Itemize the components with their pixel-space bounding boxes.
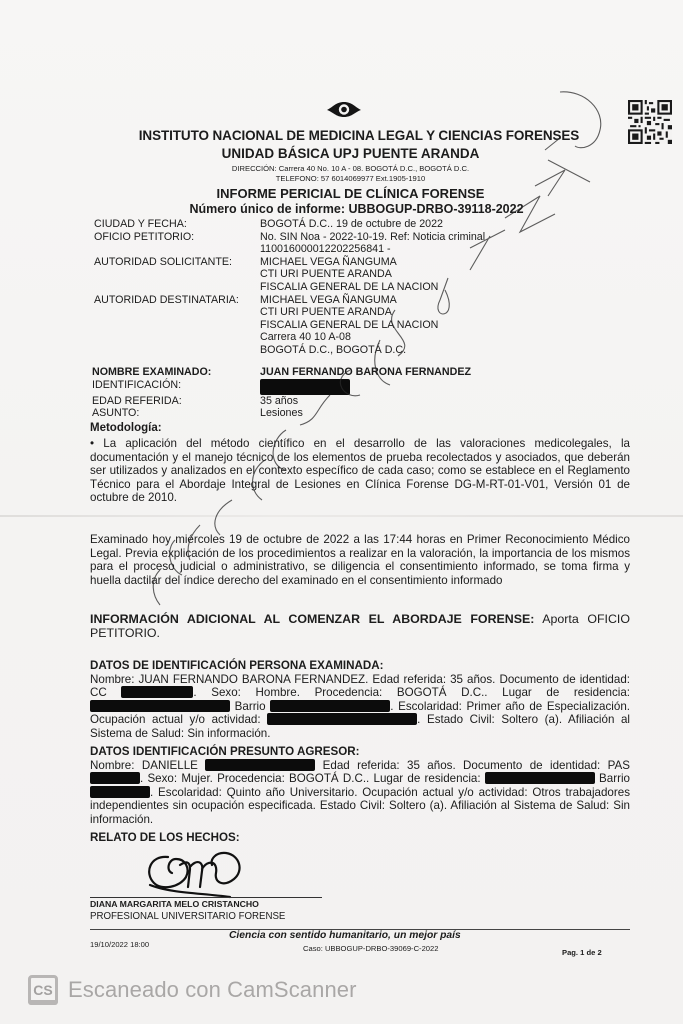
text-run: Nombre: DANIELLE [90, 759, 205, 772]
signature-line [90, 897, 322, 898]
handwritten-signature [140, 843, 260, 899]
value-line: Carrera 40 10 A-08 [260, 331, 560, 344]
additional-info-title: INFORMACIÓN ADICIONAL AL COMENZAR EL ABO… [90, 612, 534, 626]
field-value: JUAN FERNANDO BARONA FERNANDEZ [260, 366, 560, 379]
value-line: No. SIN Noa - 2022-10-19. Ref: Noticia c… [260, 231, 560, 244]
footer-slogan: Ciencia con sentido humanitario, un mejo… [229, 930, 461, 941]
field-value: Lesiones [260, 407, 560, 420]
redaction-mark [485, 772, 595, 784]
field-label: AUTORIDAD DESTINATARIA: [94, 281, 260, 357]
institution-address: DIRECCIÓN: Carrera 40 No. 10 A - 08. BOG… [0, 164, 683, 173]
scanned-document-page: INSTITUTO NACIONAL DE MEDICINA LEGAL Y C… [0, 0, 683, 1024]
text-run: . Sexo: Mujer. Procedencia: BOGOTÁ D.C..… [140, 772, 485, 785]
unit-name: UNIDAD BÁSICA UPJ PUENTE ARANDA [0, 146, 683, 161]
institution-name: INSTITUTO NACIONAL DE MEDICINA LEGAL Y C… [0, 128, 683, 143]
text-run: . Escolaridad: Quinto año Universitario.… [90, 786, 630, 826]
field-ciudad-fecha: CIUDAD Y FECHA: BOGOTÁ D.C.. 19 de octub… [94, 218, 560, 231]
examinee-section-title: DATOS DE IDENTIFICACIÓN PERSONA EXAMINAD… [90, 659, 630, 673]
additional-info: INFORMACIÓN ADICIONAL AL COMENZAR EL ABO… [90, 613, 630, 640]
redaction-mark [267, 713, 417, 725]
field-edad-referida: EDAD REFERIDA: 35 años [92, 395, 560, 408]
examinee-identification-section: DATOS DE IDENTIFICACIÓN PERSONA EXAMINAD… [90, 659, 630, 741]
field-value: MICHAEL VEGA ÑANGUMA CTI URI PUENTE ARAN… [260, 281, 560, 357]
redaction-mark [270, 700, 390, 712]
redaction-mark [205, 759, 315, 771]
redaction-mark [90, 786, 150, 798]
aggressor-section-title: DATOS IDENTIFICACIÓN PRESUNTO AGRESOR: [90, 745, 630, 759]
footer-datetime: 19/10/2022 18:00 [90, 940, 149, 949]
field-label: IDENTIFICACIÓN: [92, 379, 260, 395]
redaction-mark [121, 686, 193, 698]
footer-case-number: Caso: UBBOGUP-DRBO-39069-C-2022 [303, 944, 438, 953]
report-header-fields: CIUDAD Y FECHA: BOGOTÁ D.C.. 19 de octub… [94, 218, 560, 357]
camscanner-text: Escaneado con CamScanner [68, 977, 357, 1003]
redaction-mark [260, 379, 350, 395]
field-value: BOGOTÁ D.C.. 19 de octubre de 2022 [260, 218, 560, 231]
field-label: EDAD REFERIDA: [92, 395, 260, 408]
value-line: CTI URI PUENTE ARANDA [260, 268, 560, 281]
aggressor-identification-section: DATOS IDENTIFICACIÓN PRESUNTO AGRESOR: N… [90, 745, 630, 827]
paper-fold-line [0, 515, 683, 517]
camscanner-logo-icon: CS [28, 975, 58, 1005]
value-line: MICHAEL VEGA ÑANGUMA [260, 256, 560, 269]
value-line: MICHAEL VEGA ÑANGUMA [260, 294, 560, 307]
report-number: Número único de informe: UBBOGUP-DRBO-39… [0, 202, 683, 216]
field-value [260, 379, 560, 395]
redaction-mark [90, 700, 230, 712]
metodologia-title: Metodología: [90, 422, 162, 434]
value-line: BOGOTÁ D.C., BOGOTÁ D.C. [260, 344, 560, 357]
field-nombre-examinado: NOMBRE EXAMINADO: JUAN FERNANDO BARONA F… [92, 366, 560, 379]
value-line: FISCALIA GENERAL DE LA NACION [260, 319, 560, 332]
redaction-mark [90, 772, 140, 784]
text-run: Edad referida: 35 años. Documento de ide… [315, 759, 630, 772]
institution-eye-logo-icon [327, 99, 361, 119]
signer-name: DIANA MARGARITA MELO CRISTANCHO [90, 899, 259, 909]
examinee-fields: NOMBRE EXAMINADO: JUAN FERNANDO BARONA F… [92, 366, 560, 420]
value-line: CTI URI PUENTE ARANDA [260, 306, 560, 319]
field-label: CIUDAD Y FECHA: [94, 218, 260, 231]
signer-role: PROFESIONAL UNIVERSITARIO FORENSE [90, 911, 285, 922]
camscanner-watermark: CS Escaneado con CamScanner [28, 975, 357, 1005]
field-value: 35 años [260, 395, 560, 408]
text-run: . Sexo: Hombre. Procedencia: BOGOTÁ D.C.… [193, 686, 630, 699]
footer-page-number: Pag. 1 de 2 [562, 948, 602, 957]
text-run: Barrio [595, 772, 630, 785]
field-autoridad-destinataria: AUTORIDAD DESTINATARIA: MICHAEL VEGA ÑAN… [94, 281, 560, 357]
metodologia-text: • La aplicación del método científico en… [90, 437, 630, 505]
field-label: NOMBRE EXAMINADO: [92, 366, 260, 379]
report-title: INFORME PERICIAL DE CLÍNICA FORENSE [0, 186, 683, 201]
institution-phone: TELEFONO: 57 6014069977 Ext.1905-1910 [0, 174, 683, 183]
examination-text: Examinado hoy miércoles 19 de octubre de… [90, 533, 630, 587]
field-asunto: ASUNTO: Lesiones [92, 407, 560, 420]
text-run: Barrio [230, 700, 270, 713]
field-label: ASUNTO: [92, 407, 260, 420]
field-identificacion: IDENTIFICACIÓN: [92, 379, 560, 395]
